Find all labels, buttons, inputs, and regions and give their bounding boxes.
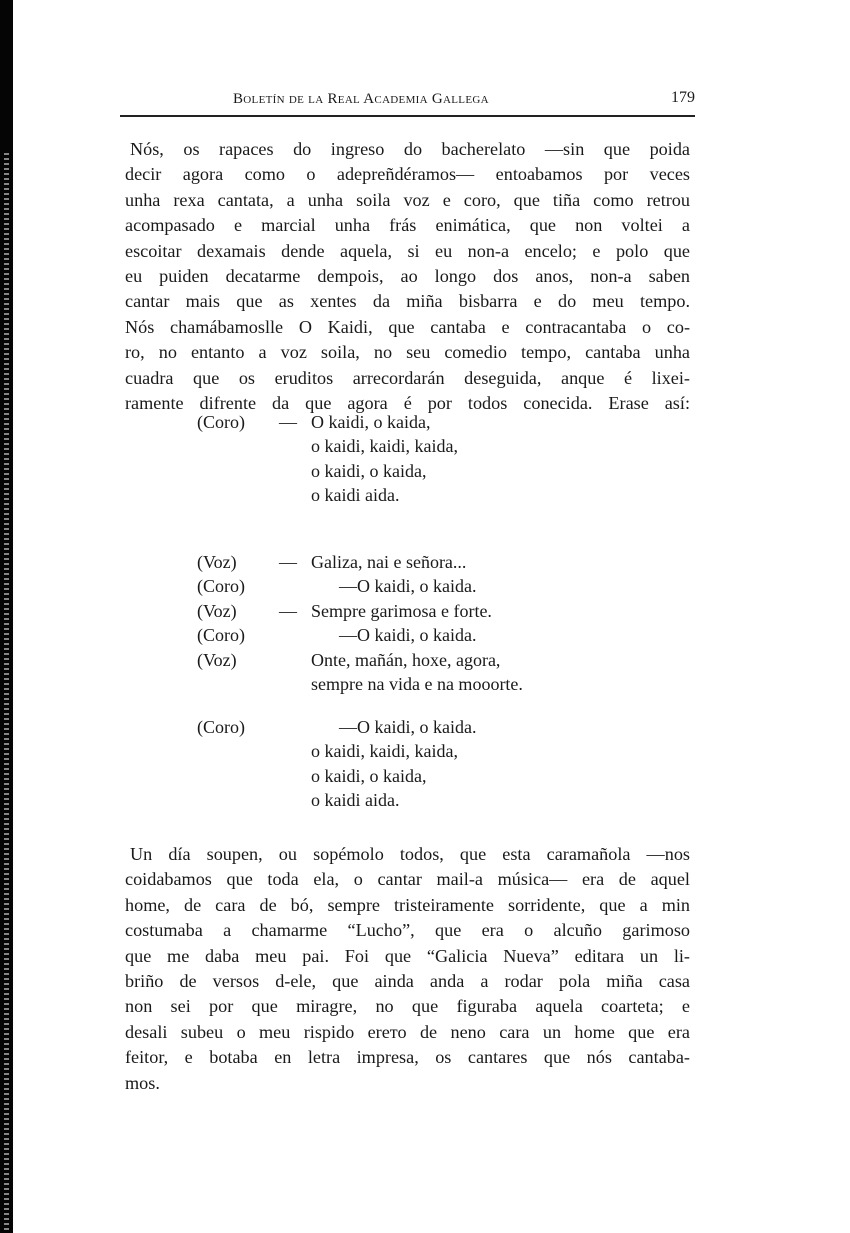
verse-line: o kaidi, o kaida,: [197, 764, 476, 788]
verse-speaker: [197, 739, 265, 763]
verse-dash: [265, 483, 311, 507]
verse-speaker: (Coro): [197, 715, 265, 739]
paragraph-intro: Nós, os rapaces do ingreso do bacherelat…: [125, 137, 690, 416]
verse-speaker: (Voz): [197, 599, 265, 623]
verse-speaker: (Coro): [197, 574, 265, 598]
verse-speaker: [197, 434, 265, 458]
verse-speaker: (Coro): [197, 623, 265, 647]
verse-line: o kaidi, o kaida,: [197, 459, 458, 483]
verse-line: o kaidi aida.: [197, 788, 476, 812]
paragraph-story: Un día soupen, ou sopémolo todos, que es…: [125, 842, 690, 1096]
verse-speaker: [197, 672, 265, 696]
verse-dash: [265, 764, 311, 788]
verse-line: (Coro) — O kaidi, o kaida,: [197, 410, 458, 434]
verse-text: o kaidi aida.: [311, 788, 399, 812]
text-line: non sei por que miragre, no que figuraba…: [125, 994, 690, 1019]
text-line: acompasado e marcial unha frás enimática…: [125, 213, 690, 238]
text-line: feitor, e botaba en letra impresa, os ca…: [125, 1045, 690, 1070]
verse-speaker: [197, 764, 265, 788]
verse-stanza-1: (Coro) — O kaidi, o kaida, o kaidi, kaid…: [197, 410, 458, 508]
text-line: eu puiden decatarme dempois, ao longo do…: [125, 264, 690, 289]
text-line: costumaba a chamarme “Lucho”, que era o …: [125, 918, 690, 943]
verse-stanza-3: (Coro) —O kaidi, o kaida. o kaidi, kaidi…: [197, 715, 476, 813]
text-line: que me daba meu pai. Foi que “Galicia Nu…: [125, 944, 690, 969]
verse-dash: [265, 648, 311, 672]
verse-line: o kaidi, kaidi, kaida,: [197, 739, 476, 763]
header-rule: [120, 115, 695, 117]
verse-line: o kaidi, kaidi, kaida,: [197, 434, 458, 458]
text-line: Un día soupen, ou sopémolo todos, que es…: [125, 842, 690, 867]
verse-speaker: (Voz): [197, 550, 265, 574]
verse-text: O kaidi, o kaida,: [311, 410, 430, 434]
verse-text: o kaidi, o kaida,: [311, 764, 426, 788]
verse-speaker: [197, 788, 265, 812]
verse-dash: —: [265, 410, 311, 434]
verse-stanza-2: (Voz) — Galiza, nai e señora... (Coro) —…: [197, 550, 523, 696]
text-line: Nós chamábamoslle O Kaidi, que cantaba e…: [125, 315, 690, 340]
verse-line: (Coro) —O kaidi, o kaida.: [197, 623, 523, 647]
verse-text: Onte, mañán, hoxe, agora,: [311, 648, 500, 672]
text-line: escoitar dexamais dende aquela, si eu no…: [125, 239, 690, 264]
verse-line: (Voz) — Sempre garimosa e forte.: [197, 599, 523, 623]
verse-dash: —: [265, 599, 311, 623]
verse-text: Galiza, nai e señora...: [311, 550, 466, 574]
verse-dash: [265, 623, 311, 647]
text-line: ro, no entanto a voz soila, no seu comed…: [125, 340, 690, 365]
running-title: Boletín de la Real Academia Gallega: [233, 91, 489, 108]
verse-line: sempre na vida e na mooorte.: [197, 672, 523, 696]
text-line: coidabamos que toda ela, o cantar mail-a…: [125, 867, 690, 892]
verse-text: o kaidi aida.: [311, 483, 399, 507]
verse-dash: —: [265, 550, 311, 574]
page-header: Boletín de la Real Academia Gallega 179: [120, 88, 695, 116]
text-line: Nós, os rapaces do ingreso do bacherelat…: [125, 137, 690, 162]
verse-dash: [265, 739, 311, 763]
verse-line: (Coro) —O kaidi, o kaida.: [197, 574, 523, 598]
text-line: home, de cara de bó, sempre tristeiramen…: [125, 893, 690, 918]
verse-dash: [265, 574, 311, 598]
text-line: cantar mais que as xentes da miña bisbar…: [125, 289, 690, 314]
page-number: 179: [671, 89, 695, 107]
verse-text: o kaidi, o kaida,: [311, 459, 426, 483]
text-line: desali subeu o meu rispido erето de neno…: [125, 1020, 690, 1045]
text-line: briño de versos d-ele, que ainda anda a …: [125, 969, 690, 994]
scan-binding-shadow: [0, 0, 13, 1233]
verse-text: o kaidi, kaidi, kaida,: [311, 739, 458, 763]
verse-dash: [265, 715, 311, 739]
text-line: cuadra que os eruditos arrecordarán dese…: [125, 366, 690, 391]
verse-text: Sempre garimosa e forte.: [311, 599, 492, 623]
verse-line: (Voz) — Galiza, nai e señora...: [197, 550, 523, 574]
verse-speaker: [197, 459, 265, 483]
verse-text: —O kaidi, o kaida.: [311, 574, 476, 598]
verse-line: o kaidi aida.: [197, 483, 458, 507]
text-line: mos.: [125, 1071, 690, 1096]
verse-dash: [265, 788, 311, 812]
verse-speaker: (Coro): [197, 410, 265, 434]
verse-text: o kaidi, kaidi, kaida,: [311, 434, 458, 458]
verse-text: —O kaidi, o kaida.: [311, 623, 476, 647]
verse-line: (Coro) —O kaidi, o kaida.: [197, 715, 476, 739]
text-line: decir agora como o adepreñdéramos— entoa…: [125, 162, 690, 187]
verse-text: sempre na vida e na mooorte.: [311, 672, 523, 696]
verse-speaker: (Voz): [197, 648, 265, 672]
verse-dash: [265, 672, 311, 696]
verse-line: (Voz) Onte, mañán, hoxe, agora,: [197, 648, 523, 672]
verse-speaker: [197, 483, 265, 507]
verse-dash: [265, 459, 311, 483]
text-line: unha rexa cantata, a unha soila voz e co…: [125, 188, 690, 213]
verse-dash: [265, 434, 311, 458]
verse-text: —O kaidi, o kaida.: [311, 715, 476, 739]
